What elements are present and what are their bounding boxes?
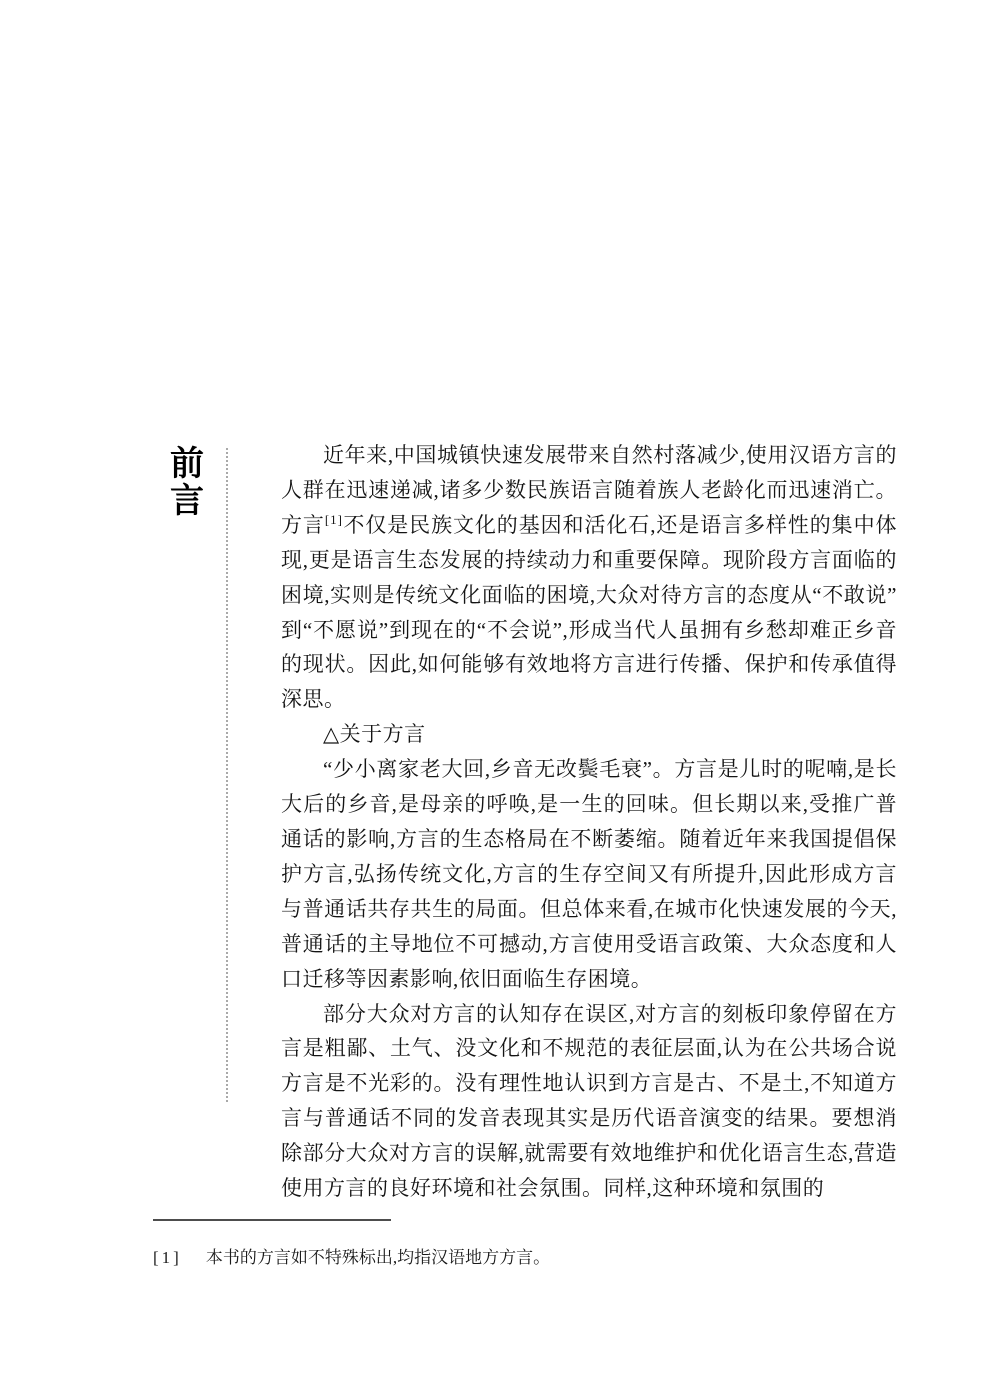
footnote-divider (153, 1219, 391, 1221)
title-dotted-divider (226, 448, 228, 1102)
footnote: [1]本书的方言如不特殊标出,均指汉语地方方言。 (153, 1246, 873, 1270)
footnote-marker: [1] (153, 1248, 182, 1267)
page-title-char-2: 言 (166, 483, 208, 520)
footnote-text: 本书的方言如不特殊标出,均指汉语地方方言。 (206, 1248, 550, 1267)
footnote-ref-marker: [1] (325, 512, 343, 527)
page-title: 前 言 (166, 446, 208, 520)
paragraph-dialect: “少小离家老大回,乡音无改鬓毛衰”。方言是儿时的呢喃,是长大后的乡音,是母亲的呼… (281, 752, 897, 996)
book-page: 前 言 近年来,中国城镇快速发展带来自然村落减少,使用汉语方言的人群在迅速递减,… (0, 0, 998, 1395)
paragraph-intro: 近年来,中国城镇快速发展带来自然村落减少,使用汉语方言的人群在迅速递减,诸多少数… (281, 438, 897, 717)
paragraph-intro-text-after: 不仅是民族文化的基因和活化石,还是语言多样性的集中体现,更是语言生态发展的持续动… (281, 513, 897, 712)
section-heading: △关于方言 (281, 717, 897, 752)
page-title-char-1: 前 (166, 446, 208, 483)
paragraph-misconception: 部分大众对方言的认知存在误区,对方言的刻板印象停留在方言是粗鄙、土气、没文化和不… (281, 997, 897, 1206)
body-text-column: 近年来,中国城镇快速发展带来自然村落减少,使用汉语方言的人群在迅速递减,诸多少数… (281, 438, 897, 1206)
